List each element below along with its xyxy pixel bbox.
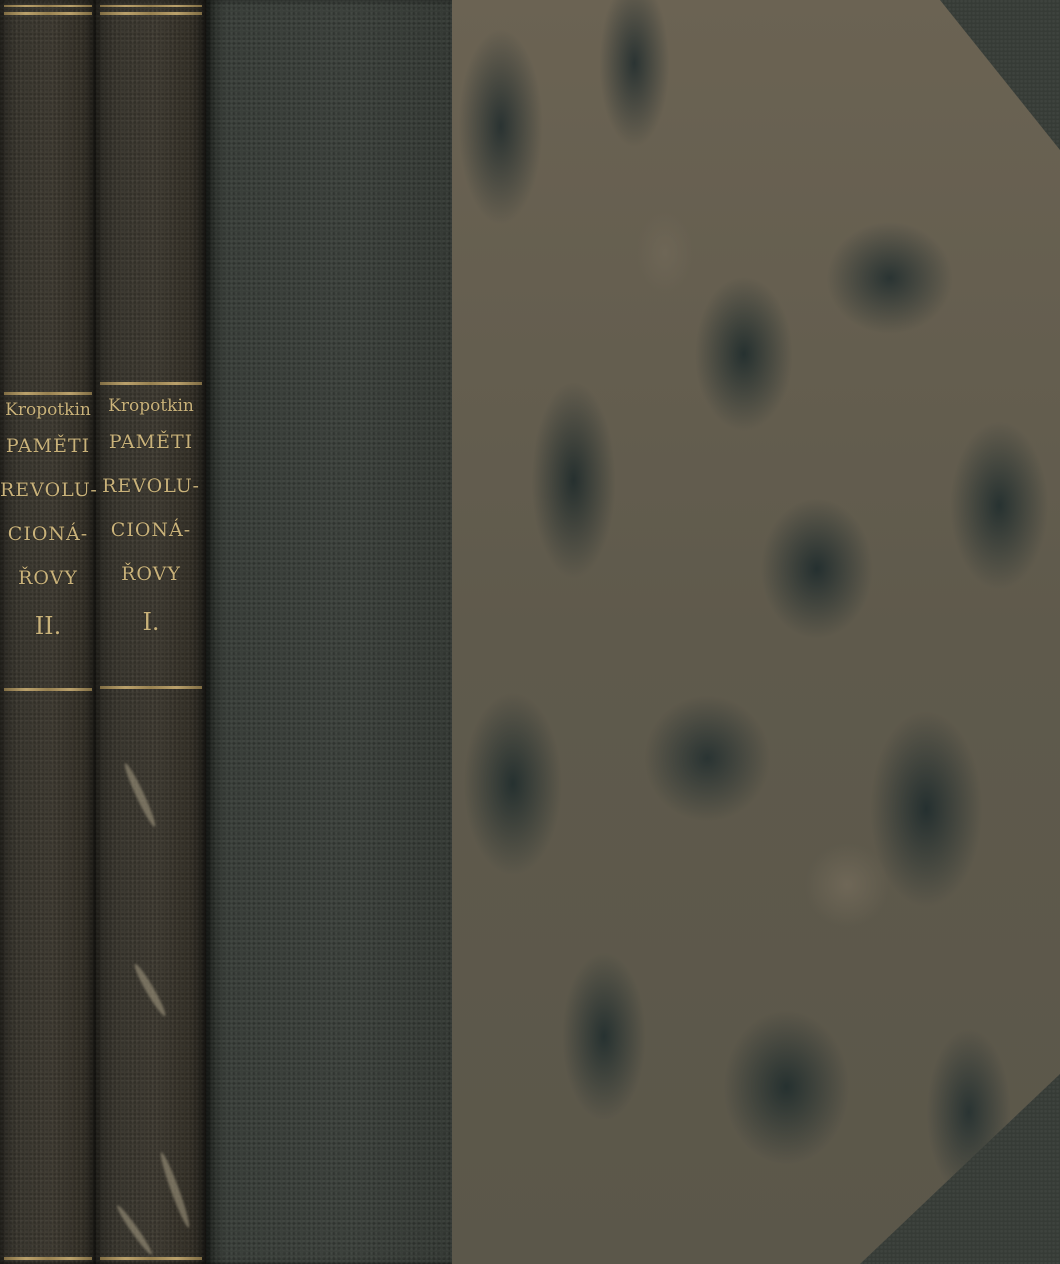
gold-fillet-bottom [4,1257,92,1260]
spine-label: Kropotkin PAMĚTI REVOLU- CIONÁ- ŘOVY II. [0,400,96,650]
title-line: REVOLU- [96,464,206,508]
spine-label: Kropotkin PAMĚTI REVOLU- CIONÁ- ŘOVY I. [96,396,206,646]
title-line: ŘOVY [96,552,206,596]
wear-mark [114,1203,154,1256]
title-line: ŘOVY [0,556,96,600]
wear-mark [158,1151,193,1229]
gold-fillet-bottom [100,1257,202,1260]
book-photo: Kropotkin PAMĚTI REVOLU- CIONÁ- ŘOVY II.… [0,0,1060,1264]
gold-fillet-top [100,12,202,15]
wear-mark [122,762,159,829]
author-name: Kropotkin [96,396,206,416]
title-line: CIONÁ- [0,512,96,556]
title-line: REVOLU- [0,468,96,512]
spine-volume-1: Kropotkin PAMĚTI REVOLU- CIONÁ- ŘOVY I. [96,0,206,1264]
spine-volume-2: Kropotkin PAMĚTI REVOLU- CIONÁ- ŘOVY II. [0,0,96,1264]
marbled-paper-cover [452,0,1060,1264]
gold-fillet-lower [4,688,92,691]
title-line: CIONÁ- [96,508,206,552]
volume-number: II. [0,602,96,650]
gold-fillet-upper [100,382,202,385]
gold-fillet-top [4,12,92,15]
title-line: PAMĚTI [0,424,96,468]
volume-number: I. [96,598,206,646]
gold-fillet-upper [4,392,92,395]
title-line: PAMĚTI [96,420,206,464]
leather-corner-top-right [940,0,1060,150]
gold-fillet-lower [100,686,202,689]
author-name: Kropotkin [0,400,96,420]
leather-corner-bottom-right [860,1074,1060,1264]
wear-mark [132,962,169,1018]
cover-leather-quarter-binding [206,0,452,1264]
